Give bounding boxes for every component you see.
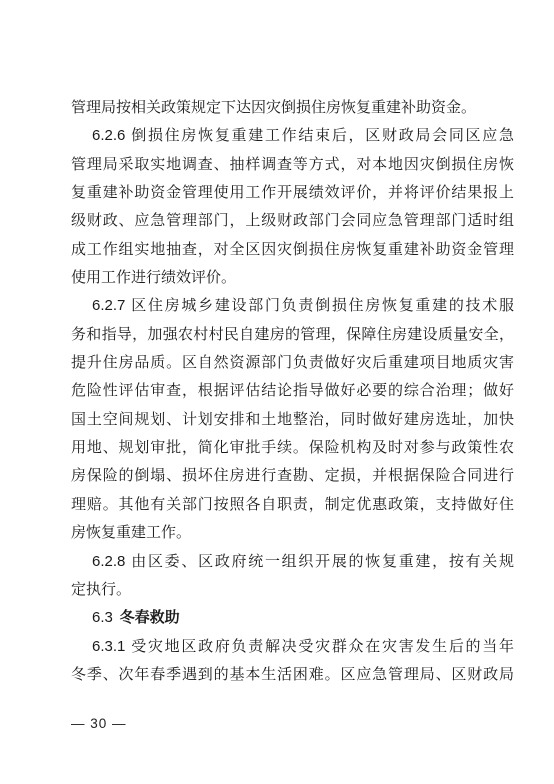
text-line-section-6-2-8: 6.2.8 由区委、区政府统一组织开展的恢复重建，按有关规 xyxy=(71,548,514,576)
text-line: 管理局按相关政策规定下达因灾倒损住房恢复重建补助资金。 xyxy=(71,94,514,122)
text-line: 提升住房品质。区自然资源部门负责做好灾后重建项目地质灾害 xyxy=(71,349,514,377)
text-line: 成工作组实地抽查，对全区因灾倒损住房恢复重建补助资金管理 xyxy=(71,236,514,264)
text-line: 冬季、次年春季遇到的基本生活困难。区应急管理局、区财政局 xyxy=(71,661,514,689)
section-title: 冬春救助 xyxy=(120,609,180,626)
document-page: 管理局按相关政策规定下达因灾倒损住房恢复重建补助资金。 6.2.6 倒损住房恢复… xyxy=(0,0,554,784)
text-line: 用地、规划审批，简化审批手续。保险机构及时对参与政策性农 xyxy=(71,434,514,462)
section-heading-6-3: 6.3冬春救助 xyxy=(71,604,514,632)
text-line: 使用工作进行绩效评价。 xyxy=(71,264,514,292)
text-line-section-6-3-1: 6.3.1 受灾地区政府负责解决受灾群众在灾害发生后的当年 xyxy=(71,633,514,661)
text-line: 定执行。 xyxy=(71,576,514,604)
text-line: 危险性评估审查，根据评估结论指导做好必要的综合治理；做好 xyxy=(71,377,514,405)
section-number: 6.3 xyxy=(92,609,113,626)
text-line: 级财政、应急管理部门，上级财政部门会同应急管理部门适时组 xyxy=(71,207,514,235)
text-line: 务和指导，加强农村村民自建房的管理，保障住房建设质量安全， xyxy=(71,321,514,349)
text-line: 房恢复重建工作。 xyxy=(71,519,514,547)
text-line: 房保险的倒塌、损坏住房进行查勘、定损，并根据保险合同进行 xyxy=(71,462,514,490)
text-line: 管理局采取实地调查、抽样调查等方式，对本地因灾倒损住房恢 xyxy=(71,151,514,179)
text-line: 复重建补助资金管理使用工作开展绩效评价，并将评价结果报上 xyxy=(71,179,514,207)
body-text-block: 管理局按相关政策规定下达因灾倒损住房恢复重建补助资金。 6.2.6 倒损住房恢复… xyxy=(71,94,514,689)
text-line: 国土空间规划、计划安排和土地整治，同时做好建房选址，加快 xyxy=(71,406,514,434)
text-line-section-6-2-7: 6.2.7 区住房城乡建设部门负责倒损住房恢复重建的技术服 xyxy=(71,292,514,320)
text-line-section-6-2-6: 6.2.6 倒损住房恢复重建工作结束后，区财政局会同区应急 xyxy=(71,122,514,150)
text-line: 理赔。其他有关部门按照各自职责，制定优惠政策，支持做好住 xyxy=(71,491,514,519)
page-number: — 30 — xyxy=(71,714,127,734)
